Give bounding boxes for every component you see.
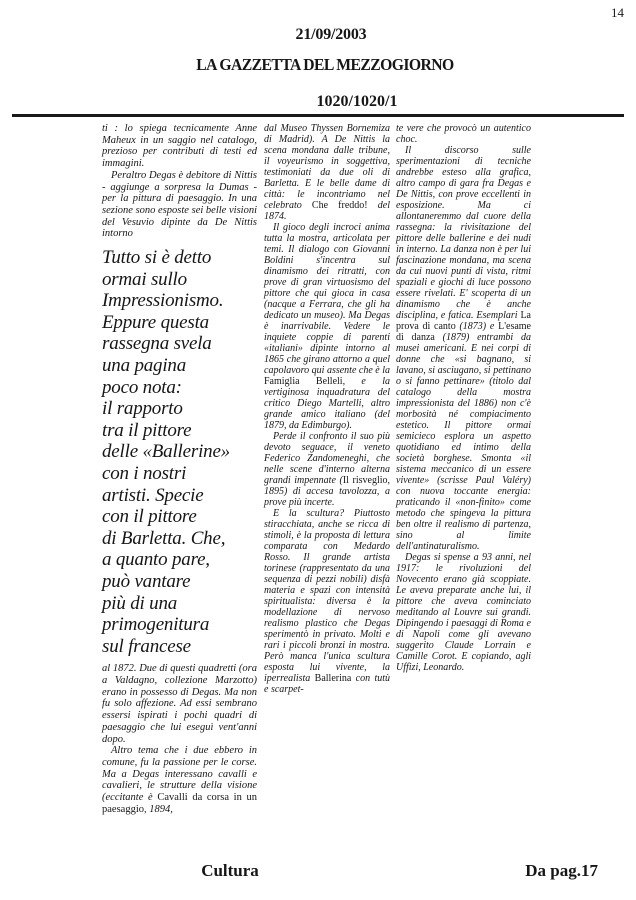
paragraph: ti : lo spiega tecnicamente Anne Maheux …: [102, 123, 257, 170]
pull-quote-line: sul francese: [102, 636, 257, 658]
pull-quote-line: Tutto si è detto: [102, 247, 257, 269]
body-text: al 1872. Due di questi quadretti (ora a …: [102, 663, 257, 744]
article-body: ti : lo spiega tecnicamente Anne Maheux …: [102, 123, 531, 815]
body-text: (1873) e: [456, 321, 498, 332]
paragraph: E la scultura? Piuttosto stiracchiata, a…: [264, 508, 390, 695]
body-text: , 1894,: [144, 804, 173, 815]
pull-quote-line: di Barletta. Che,: [102, 528, 257, 550]
paragraph: al 1872. Due di questi quadretti (ora a …: [102, 663, 257, 745]
pull-quote-line: più di una: [102, 593, 257, 615]
pull-quote-line: ormai sullo: [102, 269, 257, 291]
paragraph: Degas si spense a 93 anni, nel 1917: le …: [396, 552, 531, 673]
artwork-title-text: Il risveglio: [343, 475, 388, 486]
page-number: 14: [611, 5, 624, 21]
pull-quote-line: delle «Ballerine»: [102, 441, 257, 463]
artwork-title-text: Che freddo!: [312, 200, 368, 211]
footer-source-page: Da pag.17: [525, 861, 598, 881]
pull-quote-line: tra il pittore: [102, 420, 257, 442]
pull-quote-line: poco nota:: [102, 377, 257, 399]
newspaper-clipping-page: 14 21/09/2003 LA GAZZETTA DEL MEZZOGIORN…: [0, 0, 636, 900]
paragraph: dal Museo Thyssen Bornemiza di Madrid). …: [264, 123, 390, 222]
pull-quote-line: a quanto pare,: [102, 549, 257, 571]
paragraph: te vere che provocò un autentico choc.: [396, 123, 531, 145]
pull-quote-line: rassegna svela: [102, 333, 257, 355]
artwork-title-text: Ballerina: [315, 673, 352, 684]
pull-quote-line: Eppure questa: [102, 312, 257, 334]
body-text: dal Museo Thyssen Bornemiza di Madrid). …: [264, 123, 390, 211]
pull-quote-line: può vantare: [102, 571, 257, 593]
footer-section-label: Cultura: [178, 861, 282, 881]
paragraph: Il gioco degli incroci anima tutta la mo…: [264, 222, 390, 431]
paragraph: Peraltro Degas è debitore di Nittis - ag…: [102, 170, 257, 240]
edition-code: 1020/1020/1: [157, 93, 557, 111]
paragraph: Altro tema che i due ebbero in comune, f…: [102, 745, 257, 815]
header-rule: [12, 114, 624, 117]
pull-quote-line: Impressionismo.: [102, 290, 257, 312]
pull-quote-line: il rapporto: [102, 398, 257, 420]
right-column: te vere che provocò un autentico choc.Il…: [396, 123, 531, 673]
body-text: Peraltro Degas è debitore di Nittis - ag…: [102, 170, 257, 240]
left-column-top-text: ti : lo spiega tecnicamente Anne Maheux …: [102, 123, 257, 240]
body-text: te vere che provocò un autentico choc.: [396, 123, 531, 145]
pull-quote-line: artisti. Specie: [102, 485, 257, 507]
pull-quote-line: primogenitura: [102, 614, 257, 636]
body-text: Il gioco degli incroci anima tutta la mo…: [264, 222, 390, 376]
left-column-bottom-text: al 1872. Due di questi quadretti (ora a …: [102, 663, 257, 815]
clipping-date: 21/09/2003: [131, 26, 531, 44]
body-text: (1879) entrambi da musei americani. E ne…: [396, 332, 531, 552]
pull-quote-line: con i nostri: [102, 463, 257, 485]
body-text: Degas si spense a 93 anni, nel 1917: le …: [396, 552, 531, 673]
paragraph: Perde il confronto il suo più devoto seg…: [264, 431, 390, 508]
body-text: E la scultura? Piuttosto stiracchiata, a…: [264, 508, 390, 684]
pull-quote: Tutto si è dettoormai sulloImpressionism…: [102, 247, 257, 657]
body-text: ti : lo spiega tecnicamente Anne Maheux …: [102, 123, 257, 169]
middle-column: dal Museo Thyssen Bornemiza di Madrid). …: [264, 123, 390, 695]
artwork-title-text: Famiglia Belleli: [264, 376, 343, 387]
body-text: Il discorso sulle sperimentazioni di tec…: [396, 145, 531, 321]
publication-title: LA GAZZETTA DEL MEZZOGIORNO: [135, 55, 515, 75]
pull-quote-line: con il pittore: [102, 506, 257, 528]
left-column: ti : lo spiega tecnicamente Anne Maheux …: [102, 123, 257, 815]
paragraph: Il discorso sulle sperimentazioni di tec…: [396, 145, 531, 552]
pull-quote-line: una pagina: [102, 355, 257, 377]
